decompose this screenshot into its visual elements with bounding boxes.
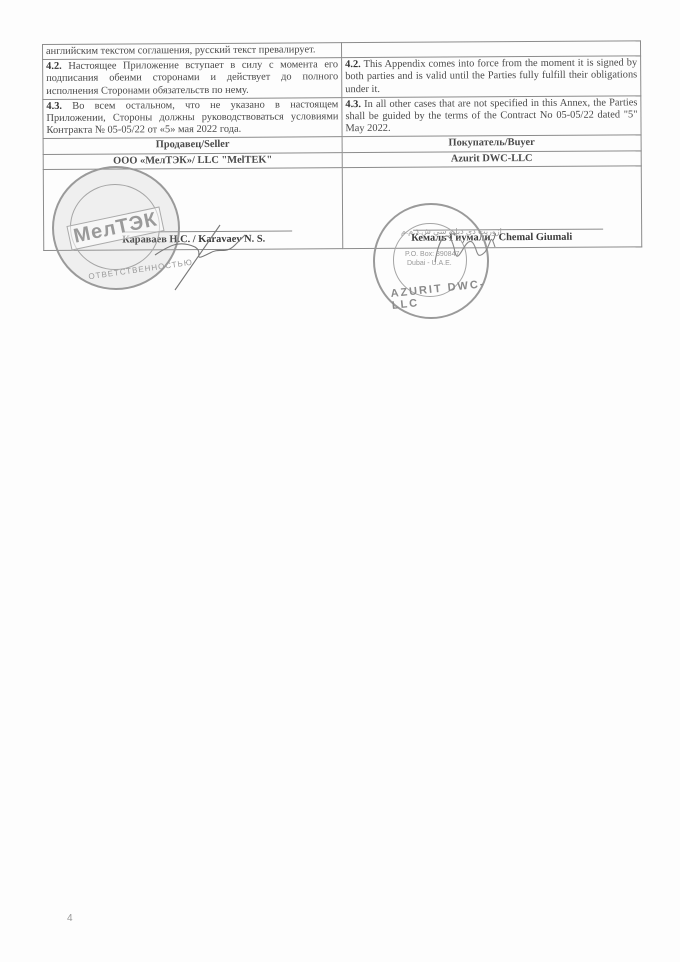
buyer-signature-scribble — [430, 222, 510, 272]
clause-4-2-en: 4.2. This Appendix comes into force from… — [342, 56, 641, 97]
buyer-label: Покупатель/Buyer — [342, 135, 641, 152]
seller-signature-scribble — [150, 215, 260, 295]
document-page: английским текстом соглашения, русский т… — [0, 0, 680, 962]
clause-text: In all other cases that are not specifie… — [345, 97, 637, 134]
clause-text: английским текстом соглашения, русский т… — [46, 44, 315, 57]
clause-4-1-ru-tail: английским текстом соглашения, русский т… — [43, 43, 342, 60]
page-number: 4 — [67, 913, 73, 924]
clause-4-2-ru: 4.2. Настоящее Приложение вступает в сил… — [43, 58, 342, 99]
clause-4-3-en: 4.3. In all other cases that are not spe… — [342, 96, 641, 137]
table-row: 4.3. Во всем остальном, что не указано в… — [43, 96, 641, 139]
buyer-name: Azurit DWC-LLC — [342, 150, 641, 167]
clause-4-3-ru: 4.3. Во всем остальном, что не указано в… — [43, 97, 342, 138]
clause-text: Во всем остальном, что не указано в наст… — [46, 99, 338, 136]
clause-number: 4.2. — [46, 61, 62, 72]
clause-number: 4.2. — [345, 59, 361, 70]
clause-number: 4.3. — [46, 101, 62, 112]
clause-number: 4.3. — [345, 99, 361, 110]
clause-text: Настоящее Приложение вступает в силу с м… — [46, 59, 338, 96]
clause-4-1-en-tail — [341, 41, 640, 58]
table-row: 4.2. Настоящее Приложение вступает в сил… — [43, 56, 641, 99]
clause-text: This Appendix comes into force from the … — [345, 58, 637, 95]
